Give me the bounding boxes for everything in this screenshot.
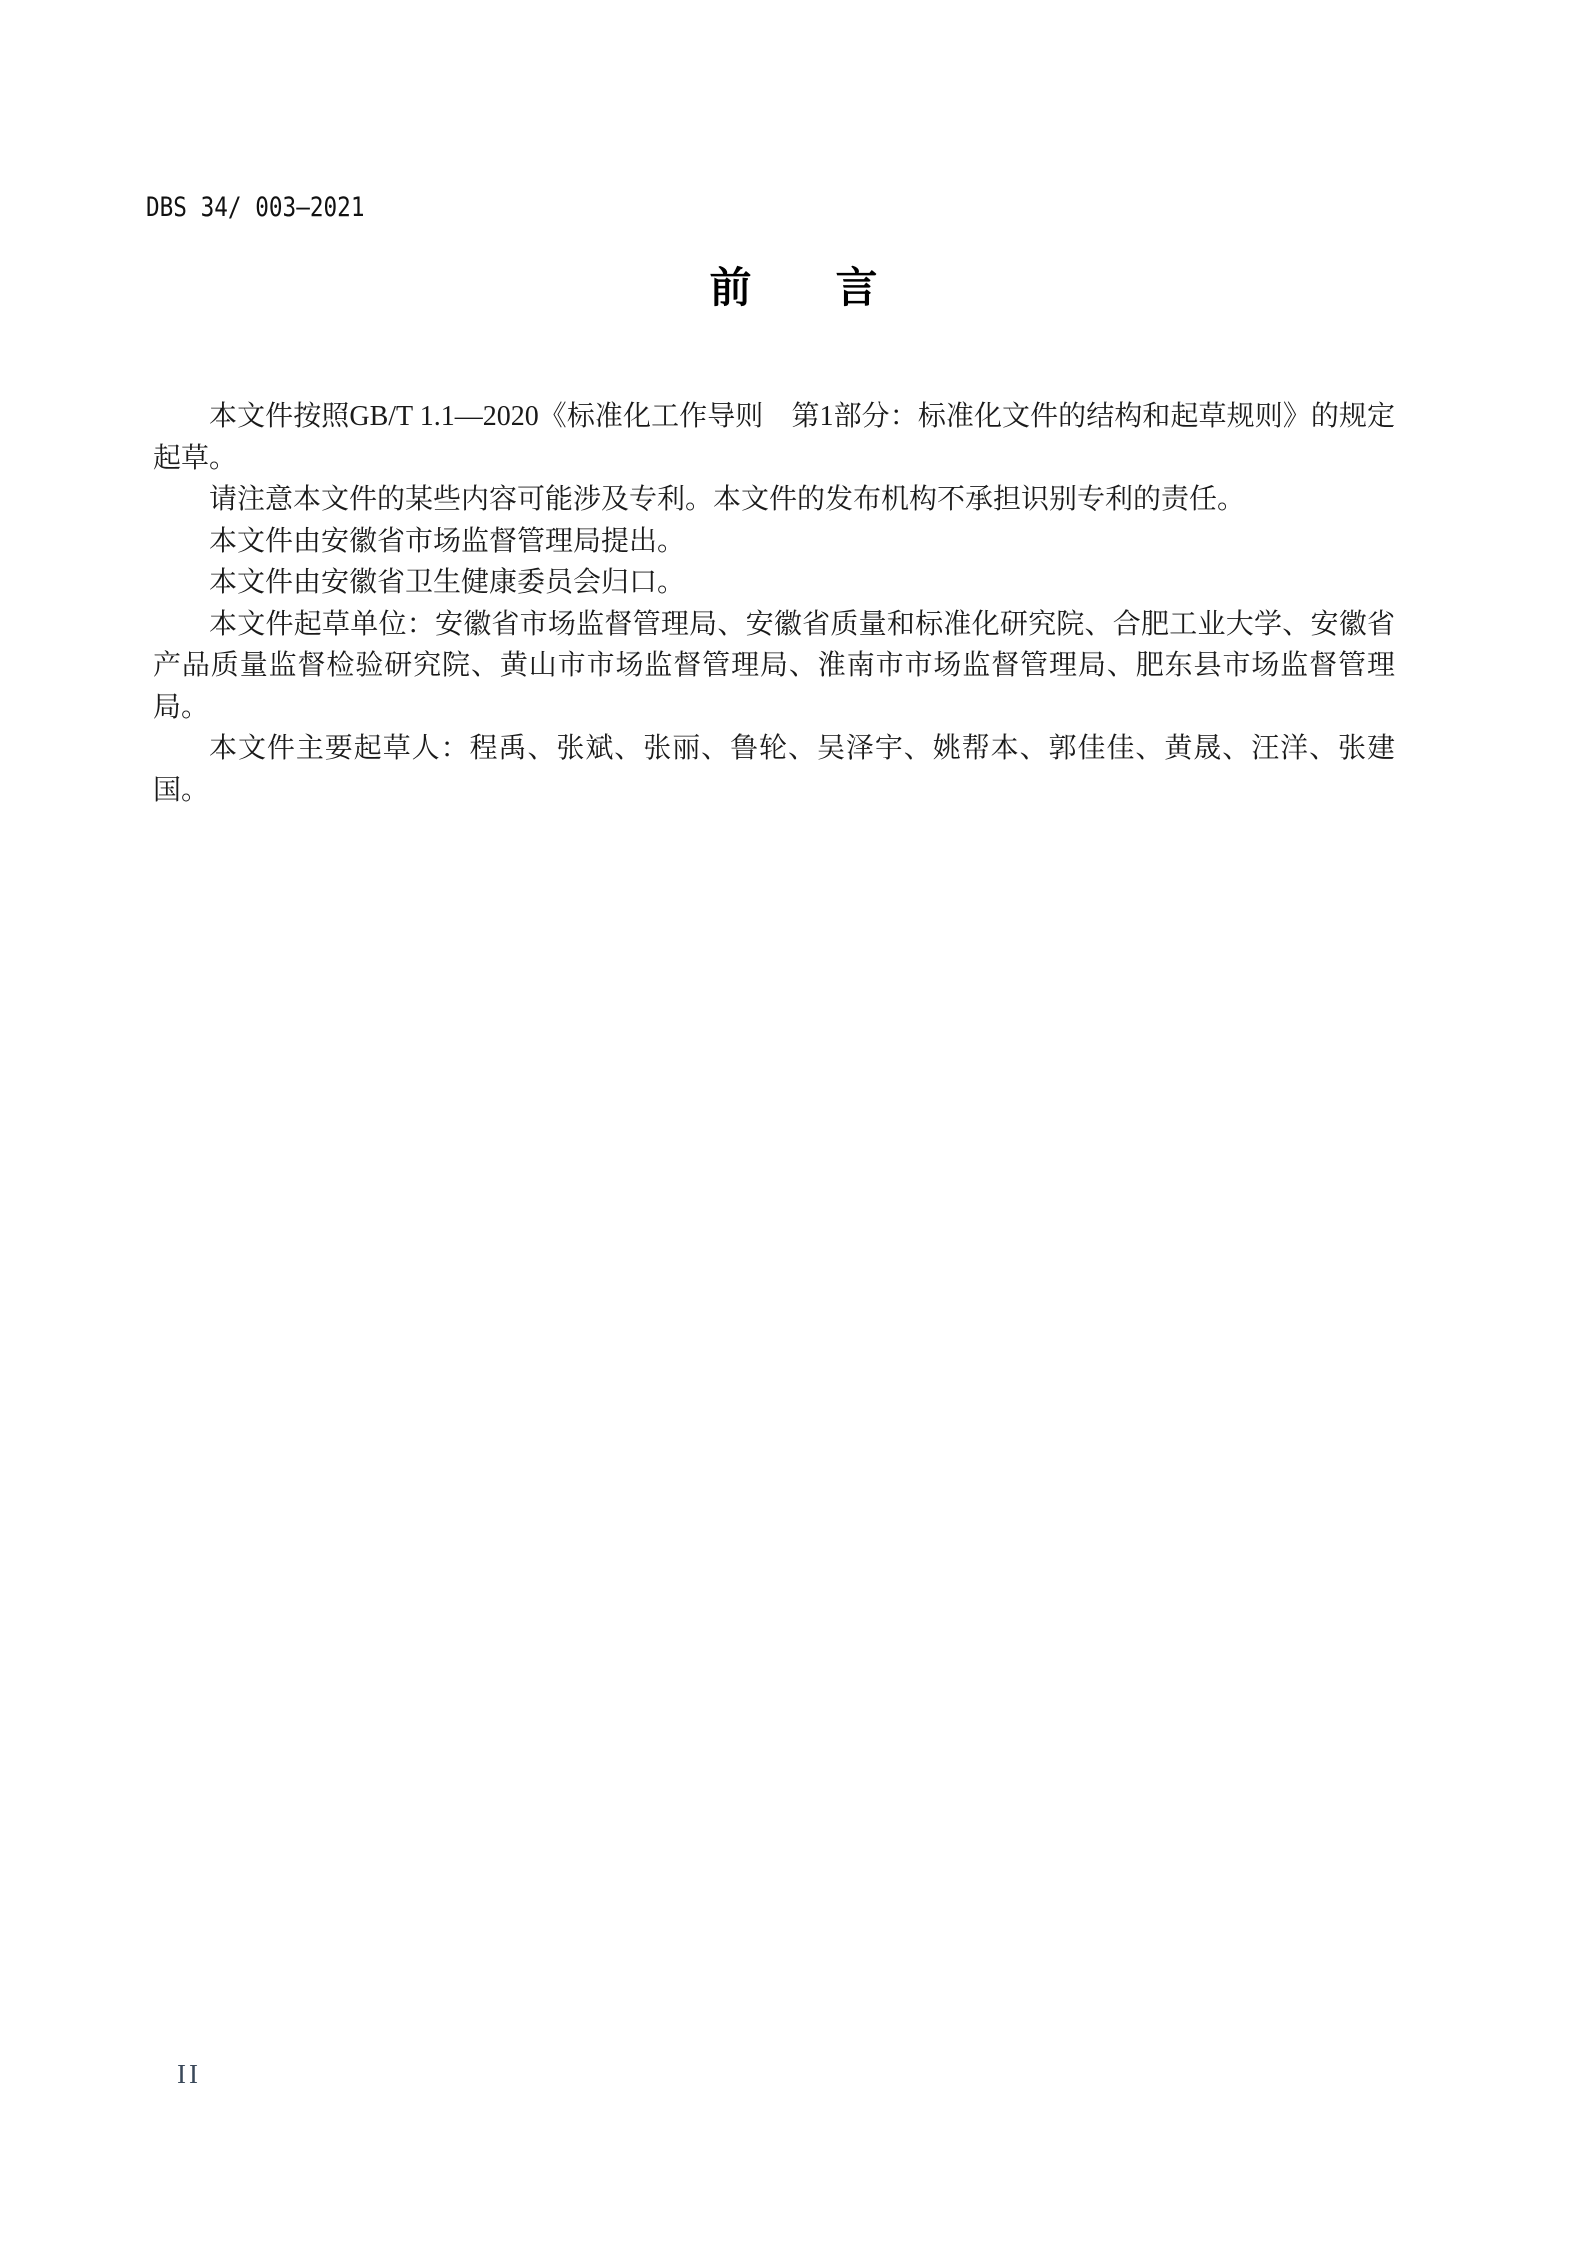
page-number: II	[177, 2059, 201, 2090]
paragraph-centralized-by: 本文件由安徽省卫生健康委员会归口。	[153, 562, 1395, 604]
foreword-body: 本文件按照GB/T 1.1—2020《标准化工作导则 第1部分：标准化文件的结构…	[153, 396, 1395, 811]
paragraph-main-drafters: 本文件主要起草人：程禹、张斌、张丽、鲁轮、吴泽宇、姚帮本、郭佳佳、黄晟、汪洋、张…	[153, 728, 1395, 811]
paragraph-drafting-organizations: 本文件起草单位：安徽省市场监督管理局、安徽省质量和标准化研究院、合肥工业大学、安…	[153, 604, 1395, 729]
document-page: DBS 34/ 003—2021 前 言 本文件按照GB/T 1.1—2020《…	[0, 0, 1587, 2245]
standard-number: DBS 34/ 003—2021	[146, 192, 364, 223]
paragraph-proposed-by: 本文件由安徽省市场监督管理局提出。	[153, 521, 1395, 563]
paragraph-patent-notice: 请注意本文件的某些内容可能涉及专利。本文件的发布机构不承担识别专利的责任。	[153, 479, 1395, 521]
paragraph-drafting-rules: 本文件按照GB/T 1.1—2020《标准化工作导则 第1部分：标准化文件的结构…	[153, 396, 1395, 479]
page-title: 前 言	[0, 263, 1587, 313]
